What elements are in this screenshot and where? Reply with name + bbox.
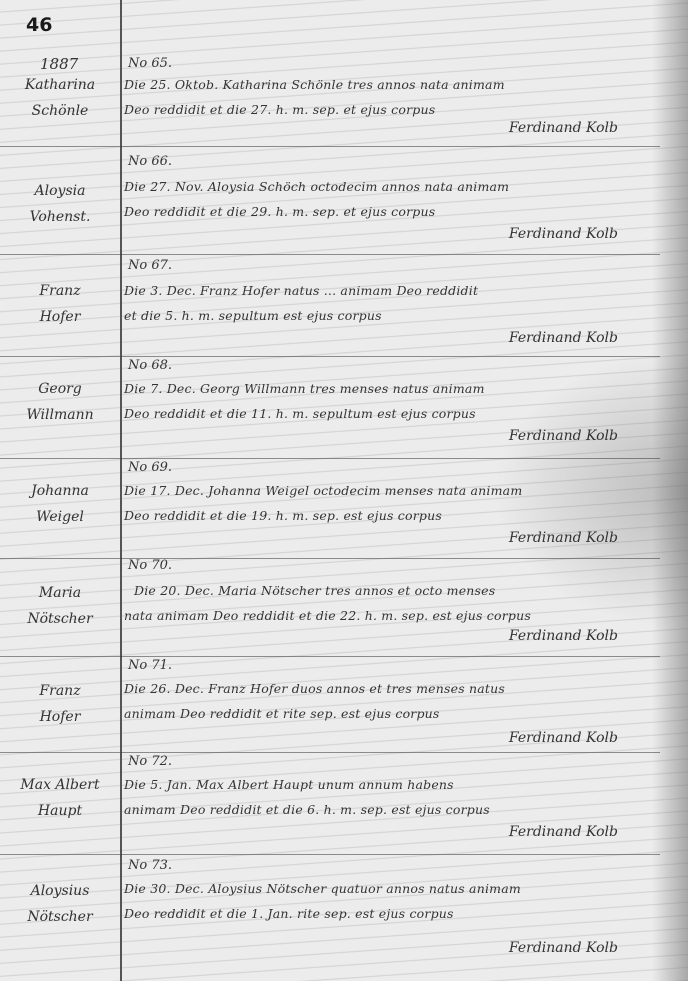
entry-signature: Ferdinand Kolb — [509, 120, 618, 136]
entry-name: Franz Hofer — [6, 678, 114, 730]
entry-line2: Deo reddidit et die 19. h. m. sep. est e… — [124, 503, 654, 528]
entry-name-line2: Willmann — [6, 402, 114, 428]
entry-signature: Ferdinand Kolb — [509, 428, 618, 444]
entry-text: Die 3. Dec. Franz Hofer natus ... animam… — [124, 278, 654, 328]
entry-text: Die 7. Dec. Georg Willmann tres menses n… — [124, 376, 654, 426]
entry-name-line2: Nötscher — [6, 606, 114, 632]
entry-line2: nata animam Deo reddidit et die 22. h. m… — [124, 603, 654, 628]
entry-name: Aloysia Vohenst. — [6, 178, 114, 230]
entry-text: Die 25. Oktob. Katharina Schönle tres an… — [124, 72, 654, 122]
entry-number: No 67. — [128, 258, 172, 273]
entry-name-line2: Hofer — [6, 704, 114, 730]
entry-number: No 68. — [128, 358, 172, 373]
entry-text: Die 20. Dec. Maria Nötscher tres annos e… — [124, 578, 654, 628]
entry-name-line1: Franz — [6, 678, 114, 704]
entry-name: Max Albert Haupt — [6, 772, 114, 824]
entry-signature: Ferdinand Kolb — [509, 226, 618, 242]
entry-name-line1: Maria — [6, 580, 114, 606]
entry-name: Aloysius Nötscher — [6, 878, 114, 930]
entry-line2: Deo reddidit et die 11. h. m. sepultum e… — [124, 401, 654, 426]
row-divider — [0, 558, 660, 559]
row-divider — [0, 854, 660, 855]
entry-number: No 66. — [128, 154, 172, 169]
entry-name-line1: Aloysius — [6, 878, 114, 904]
register-page: 46 1887 No 65. Katharina Schönle Die 25.… — [0, 0, 688, 981]
entry-number: No 73. — [128, 858, 172, 873]
page-number: 46 — [26, 14, 52, 36]
row-divider — [0, 254, 660, 255]
entry-signature: Ferdinand Kolb — [509, 824, 618, 840]
entry-line1: Die 30. Dec. Aloysius Nötscher quatuor a… — [124, 876, 654, 901]
entry-signature: Ferdinand Kolb — [509, 628, 618, 644]
entry-line2: Deo reddidit et die 27. h. m. sep. et ej… — [124, 97, 654, 122]
entry-number: No 65. — [128, 56, 172, 71]
entry-name-line1: Franz — [6, 278, 114, 304]
entry-line1: Die 7. Dec. Georg Willmann tres menses n… — [124, 376, 654, 401]
margin-rule — [120, 0, 122, 981]
row-divider — [0, 458, 660, 459]
entry-line2: animam Deo reddidit et die 6. h. m. sep.… — [124, 797, 654, 822]
entry-line2: Deo reddidit et die 29. h. m. sep. et ej… — [124, 199, 654, 224]
entry-name-line2: Vohenst. — [6, 204, 114, 230]
entry-text: Die 26. Dec. Franz Hofer duos annos et t… — [124, 676, 654, 726]
entry-name-line1: Katharina — [6, 72, 114, 98]
entry-text: Die 17. Dec. Johanna Weigel octodecim me… — [124, 478, 654, 528]
entry-text: Die 27. Nov. Aloysia Schöch octodecim an… — [124, 174, 654, 224]
entry-number: No 70. — [128, 558, 172, 573]
entry-name-line2: Schönle — [6, 98, 114, 124]
entry-name: Johanna Weigel — [6, 478, 114, 530]
entry-line2: animam Deo reddidit et rite sep. est eju… — [124, 701, 654, 726]
scan-shadow — [652, 0, 688, 981]
entry-line1: Die 3. Dec. Franz Hofer natus ... animam… — [124, 278, 654, 303]
entry-name-line2: Nötscher — [6, 904, 114, 930]
entry-line2: et die 5. h. m. sepultum est ejus corpus — [124, 303, 654, 328]
entry-line2: Deo reddidit et die 1. Jan. rite sep. es… — [124, 901, 654, 926]
entry-signature: Ferdinand Kolb — [509, 330, 618, 346]
entry-number: No 69. — [128, 460, 172, 475]
entry-line1: Die 25. Oktob. Katharina Schönle tres an… — [124, 72, 654, 97]
entry-name-line2: Haupt — [6, 798, 114, 824]
entry-name: Maria Nötscher — [6, 580, 114, 632]
entry-name-line1: Johanna — [6, 478, 114, 504]
row-divider — [0, 146, 660, 147]
year-heading: 1887 — [40, 55, 78, 73]
entry-number: No 71. — [128, 658, 172, 673]
entry-text: Die 5. Jan. Max Albert Haupt unum annum … — [124, 772, 654, 822]
entry-line1: Die 20. Dec. Maria Nötscher tres annos e… — [124, 578, 654, 603]
entry-signature: Ferdinand Kolb — [509, 530, 618, 546]
entry-name-line1: Georg — [6, 376, 114, 402]
entry-name: Franz Hofer — [6, 278, 114, 330]
entry-name: Katharina Schönle — [6, 72, 114, 124]
entry-line1: Die 27. Nov. Aloysia Schöch octodecim an… — [124, 174, 654, 199]
entry-name: Georg Willmann — [6, 376, 114, 428]
entry-signature: Ferdinand Kolb — [509, 940, 618, 956]
row-divider — [0, 752, 660, 753]
entry-signature: Ferdinand Kolb — [509, 730, 618, 746]
row-divider — [0, 656, 660, 657]
entry-number: No 72. — [128, 754, 172, 769]
entry-name-line2: Weigel — [6, 504, 114, 530]
entry-name-line2: Hofer — [6, 304, 114, 330]
entry-line1: Die 17. Dec. Johanna Weigel octodecim me… — [124, 478, 654, 503]
entry-line1: Die 5. Jan. Max Albert Haupt unum annum … — [124, 772, 654, 797]
entry-line1: Die 26. Dec. Franz Hofer duos annos et t… — [124, 676, 654, 701]
entry-name-line1: Max Albert — [6, 772, 114, 798]
row-divider — [0, 356, 660, 357]
entry-name-line1: Aloysia — [6, 178, 114, 204]
entry-text: Die 30. Dec. Aloysius Nötscher quatuor a… — [124, 876, 654, 926]
